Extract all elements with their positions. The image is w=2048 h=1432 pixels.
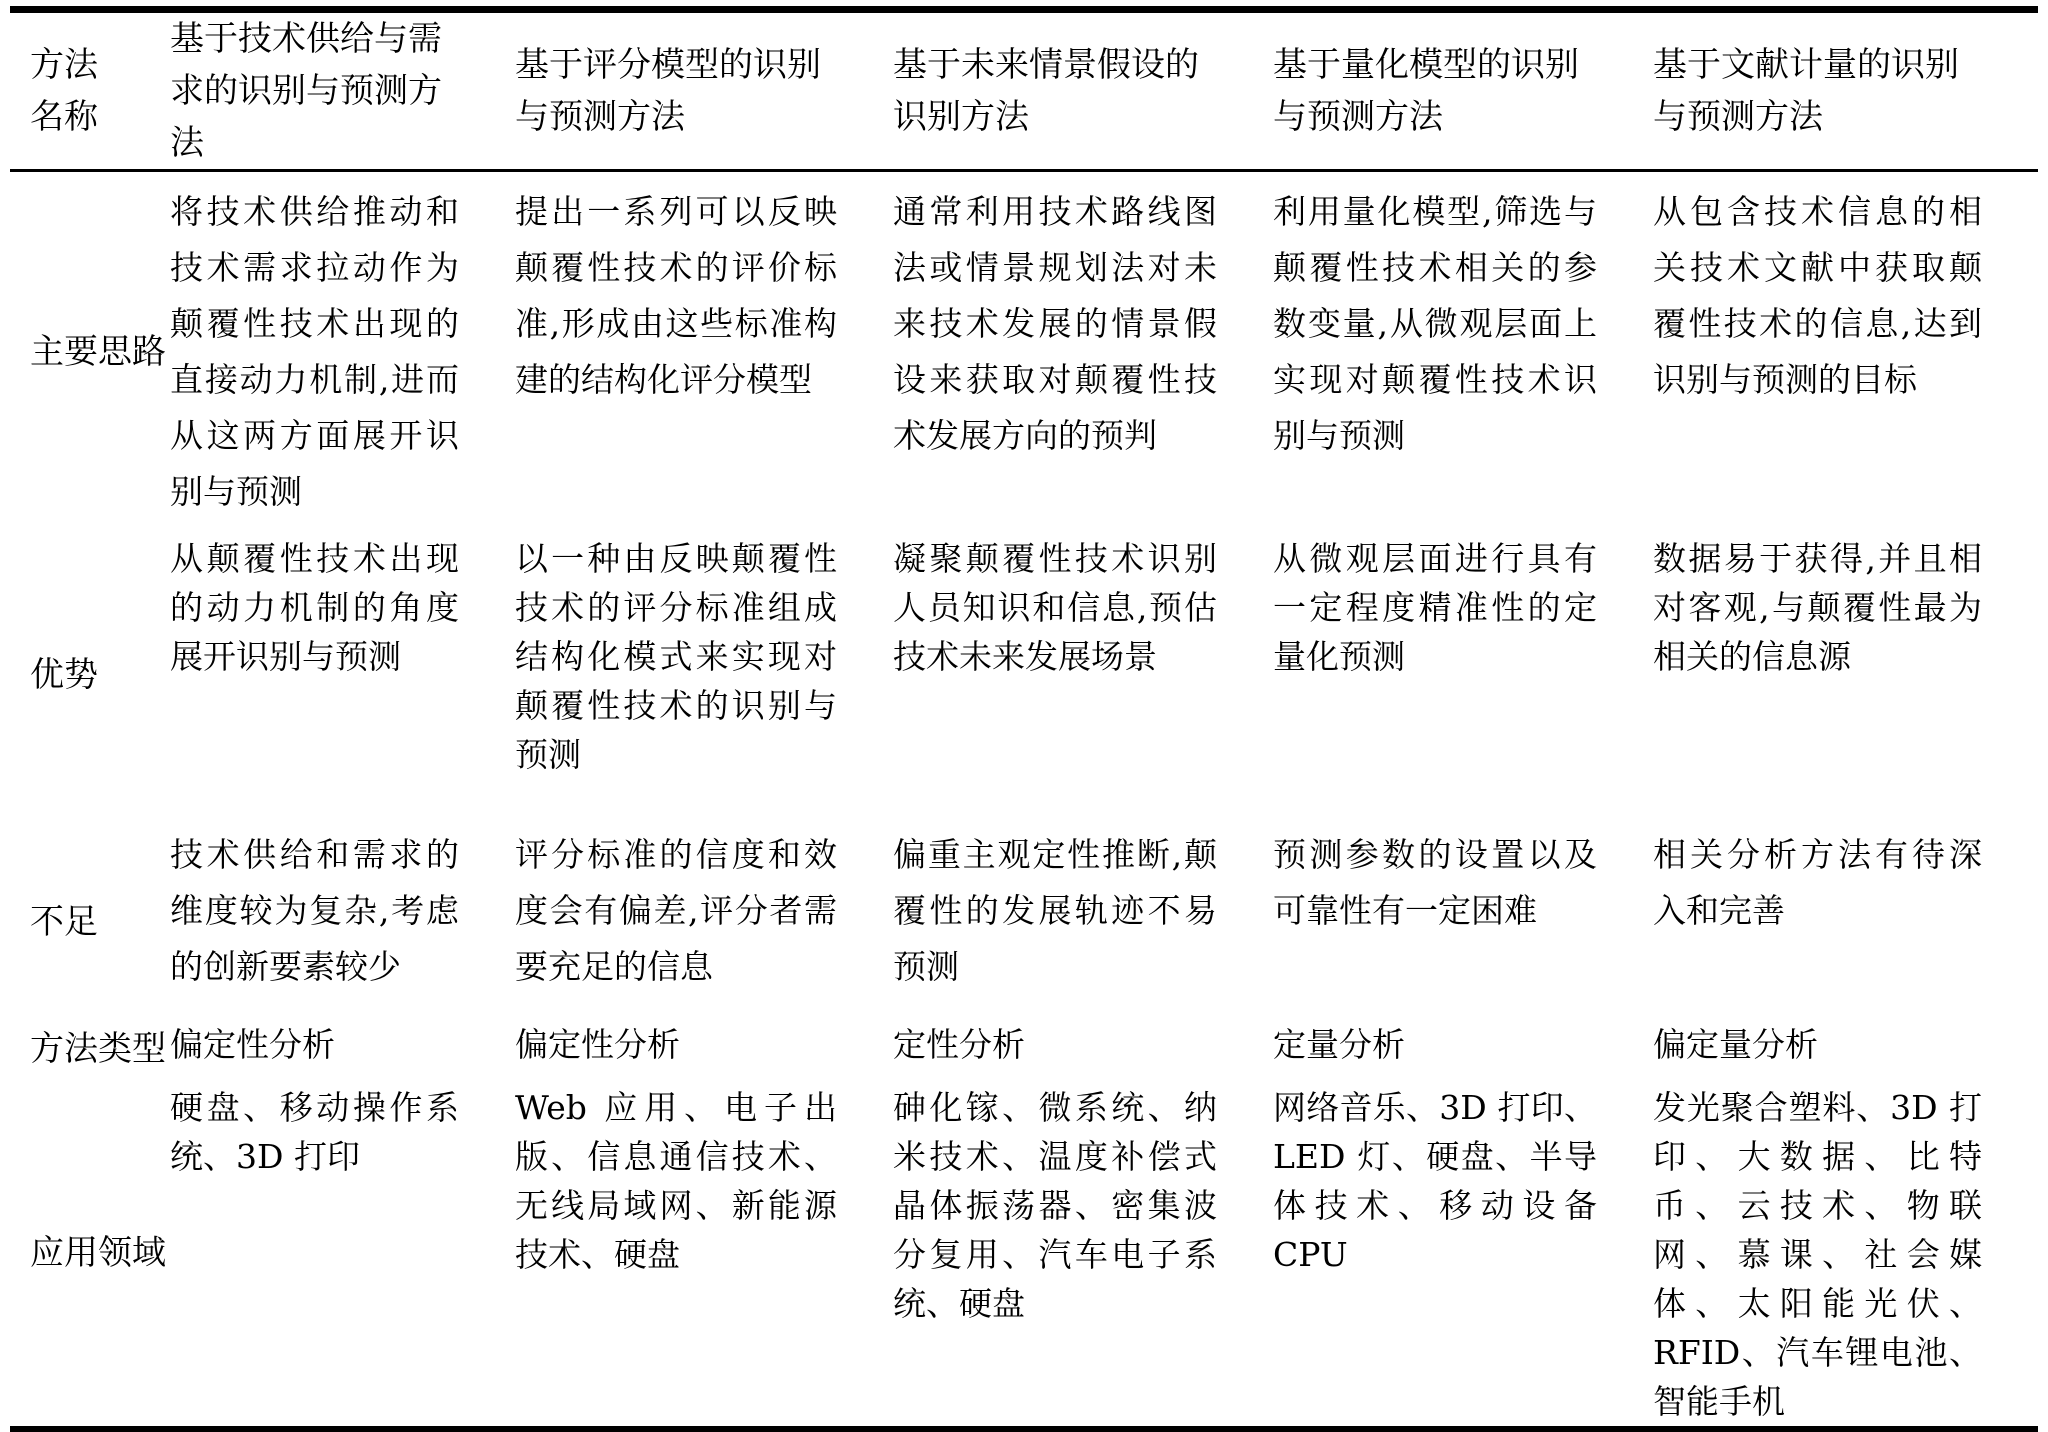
cell-shortcomings-col3: 偏重主观定性推断,颠覆性的发展轨迹不易预测 [893, 819, 1273, 1017]
header-col-supply-demand: 基于技术供给与需求的识别与预测方法 [170, 10, 515, 171]
row-label-shortcomings: 不足 [10, 819, 170, 1017]
header-col-bibliometrics: 基于文献计量的识别与预测方法 [1653, 10, 2038, 171]
row-label-advantages: 优势 [10, 524, 170, 819]
header-col-quantitative-model: 基于量化模型的识别与预测方法 [1273, 10, 1653, 171]
cell-shortcomings-col1: 技术供给和需求的维度较为复杂,考虑的创新要素较少 [170, 819, 515, 1017]
cell-application-col5: 发光聚合塑料、3D 打印、大数据、比特币、云技术、物联网、慕课、社会媒体、太阳能… [1653, 1073, 2038, 1429]
row-application-fields: 应用领域 硬盘、移动操作系统、3D 打印 Web 应用、电子出版、信息通信技术、… [10, 1073, 2038, 1429]
row-label-main-idea: 主要思路 [10, 171, 170, 525]
cell-shortcomings-col2: 评分标准的信度和效度会有偏差,评分者需要充足的信息 [515, 819, 893, 1017]
cell-main-idea-col4: 利用量化模型,筛选与颠覆性技术相关的参数变量,从微观层面上实现对颠覆性技术识别与… [1273, 171, 1653, 525]
cell-application-col1: 硬盘、移动操作系统、3D 打印 [170, 1073, 515, 1429]
row-shortcomings: 不足 技术供给和需求的维度较为复杂,考虑的创新要素较少 评分标准的信度和效度会有… [10, 819, 2038, 1017]
cell-application-col3: 砷化镓、微系统、纳米技术、温度补偿式晶体振荡器、密集波分复用、汽车电子系统、硬盘 [893, 1073, 1273, 1429]
cell-advantages-col1: 从颠覆性技术出现的动力机制的角度展开识别与预测 [170, 524, 515, 819]
cell-application-col2: Web 应用、电子出版、信息通信技术、无线局域网、新能源技术、硬盘 [515, 1073, 893, 1429]
header-col-future-scenario: 基于未来情景假设的识别方法 [893, 10, 1273, 171]
table-header-row: 方法名称 基于技术供给与需求的识别与预测方法 基于评分模型的识别与预测方法 基于… [10, 10, 2038, 171]
cell-advantages-col3: 凝聚颠覆性技术识别人员知识和信息,预估技术未来发展场景 [893, 524, 1273, 819]
cell-main-idea-col2: 提出一系列可以反映颠覆性技术的评价标准,形成由这些标准构建的结构化评分模型 [515, 171, 893, 525]
method-comparison-table: 方法名称 基于技术供给与需求的识别与预测方法 基于评分模型的识别与预测方法 基于… [10, 6, 2038, 1432]
cell-main-idea-col1: 将技术供给推动和技术需求拉动作为颠覆性技术出现的直接动力机制,进而从这两方面展开… [170, 171, 515, 525]
header-col-scoring-model: 基于评分模型的识别与预测方法 [515, 10, 893, 171]
cell-method-type-col4: 定量分析 [1273, 1017, 1653, 1073]
row-label-application-fields: 应用领域 [10, 1073, 170, 1429]
cell-shortcomings-col4: 预测参数的设置以及可靠性有一定困难 [1273, 819, 1653, 1017]
cell-shortcomings-col5: 相关分析方法有待深入和完善 [1653, 819, 2038, 1017]
row-label-method-type: 方法类型 [10, 1017, 170, 1073]
cell-advantages-col5: 数据易于获得,并且相对客观,与颠覆性最为相关的信息源 [1653, 524, 2038, 819]
cell-main-idea-col3: 通常利用技术路线图法或情景规划法对未来技术发展的情景假设来获取对颠覆性技术发展方… [893, 171, 1273, 525]
cell-advantages-col2: 以一种由反映颠覆性技术的评分标准组成结构化模式来实现对颠覆性技术的识别与预测 [515, 524, 893, 819]
row-advantages: 优势 从颠覆性技术出现的动力机制的角度展开识别与预测 以一种由反映颠覆性技术的评… [10, 524, 2038, 819]
row-main-idea: 主要思路 将技术供给推动和技术需求拉动作为颠覆性技术出现的直接动力机制,进而从这… [10, 171, 2038, 525]
header-method-name: 方法名称 [10, 10, 170, 171]
cell-method-type-col5: 偏定量分析 [1653, 1017, 2038, 1073]
cell-application-col4: 网络音乐、3D 打印、LED 灯、硬盘、半导体技术、移动设备 CPU [1273, 1073, 1653, 1429]
cell-method-type-col2: 偏定性分析 [515, 1017, 893, 1073]
row-method-type: 方法类型 偏定性分析 偏定性分析 定性分析 定量分析 偏定量分析 [10, 1017, 2038, 1073]
cell-main-idea-col5: 从包含技术信息的相关技术文献中获取颠覆性技术的信息,达到识别与预测的目标 [1653, 171, 2038, 525]
cell-method-type-col3: 定性分析 [893, 1017, 1273, 1073]
cell-advantages-col4: 从微观层面进行具有一定程度精准性的定量化预测 [1273, 524, 1653, 819]
paper-table-page: 方法名称 基于技术供给与需求的识别与预测方法 基于评分模型的识别与预测方法 基于… [0, 0, 2048, 1328]
cell-method-type-col1: 偏定性分析 [170, 1017, 515, 1073]
